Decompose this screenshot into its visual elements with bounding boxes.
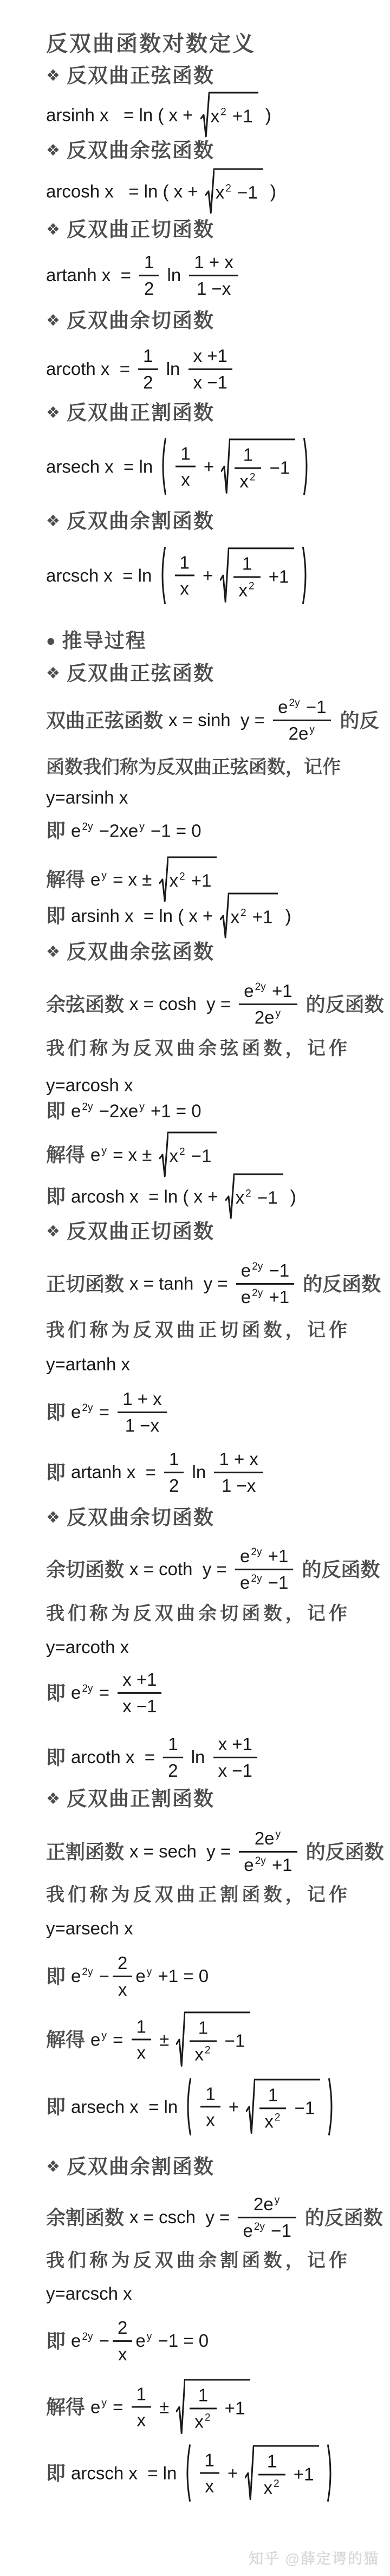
diamond-bullet-icon: ❖ — [46, 1510, 60, 1525]
chinese-run: 余切函数 — [46, 1557, 129, 1581]
math-run: arsech x = ln — [46, 456, 158, 477]
math-run: + — [198, 565, 218, 586]
power-term: x2 — [170, 1145, 186, 1167]
math-run: x −1 — [193, 372, 227, 393]
superscript: 2y — [289, 697, 300, 709]
formula-line: artanh x = 12 ln 1 + x1 −x — [46, 250, 242, 301]
math-run: ± — [154, 2029, 174, 2050]
math-run: −2x — [94, 820, 128, 842]
formula-line: 即 arcosh x = ln ( x + x2 −1 ) — [46, 1174, 296, 1220]
superscript: 2 — [240, 908, 246, 919]
fraction-numerator: 1 — [237, 551, 257, 576]
math-run: −1 — [266, 2220, 291, 2242]
fraction: 1x2 — [190, 2383, 216, 2433]
math-run: x — [136, 2410, 146, 2431]
math-run: 1 — [243, 444, 253, 465]
math-run: 2 — [144, 278, 154, 300]
section-header: ❖反双曲余弦函数 — [46, 940, 214, 964]
math-run: = x ± — [108, 1144, 157, 1166]
superscript: 2y — [82, 1683, 93, 1694]
math-run: −1 — [264, 1260, 289, 1281]
superscript: 2 — [179, 1147, 185, 1158]
superscript: 2y — [82, 821, 93, 832]
math-run: x −1 — [122, 1695, 157, 1717]
math-run: x −1 — [218, 1760, 252, 1782]
math-run: +1 — [267, 980, 292, 1002]
fraction-denominator: 1 −x — [217, 1473, 261, 1498]
section-header: ●推导过程 — [46, 629, 147, 653]
superscript: 2 — [274, 2478, 279, 2489]
fraction: 2eye2y +1 — [239, 1826, 297, 1877]
math-run: y=arcoth x — [46, 1636, 129, 1658]
diamond-bullet-icon: ❖ — [46, 513, 60, 529]
fraction-numerator: 1 — [163, 1732, 183, 1757]
fraction-denominator: x2 — [190, 2409, 216, 2434]
superscript: 2y — [82, 1402, 93, 1414]
superscript: y — [101, 870, 107, 881]
sqrt-expression: x2 −1 — [159, 1132, 217, 1178]
fraction-numerator: 1 — [132, 2014, 151, 2039]
paragraph: 函数我们称为反双曲正弦函数，记作 — [46, 755, 347, 779]
math-run: arsech x = ln — [71, 2096, 183, 2118]
section-header-text: 反双曲余割函数 — [67, 509, 214, 533]
formula-line: 正切函数 x = tanh y = e2y −1e2y +1 的反函数 — [46, 1258, 381, 1309]
fraction: 2eye2y −1 — [238, 2192, 296, 2243]
power-term: ey — [263, 2193, 281, 2215]
power-term: e2y — [71, 1965, 94, 1987]
sqrt-expression: x2 +1 — [220, 893, 278, 939]
math-run: +1 — [227, 106, 253, 127]
math-run: 1 — [242, 553, 252, 574]
fraction-denominator: x — [176, 468, 195, 493]
superscript: 2 — [220, 107, 226, 118]
power-term: x2 — [194, 2043, 211, 2065]
formula-line: arsinh x = ln ( x + x2 +1 ) — [46, 92, 271, 138]
power-term: ey — [90, 2396, 108, 2418]
right-paren-icon — [327, 2077, 335, 2135]
section-header-text: 反双曲余割函数 — [67, 2155, 214, 2179]
math-run: 2 — [255, 1828, 264, 1849]
left-paren-icon — [184, 2444, 192, 2502]
fraction: 1x — [175, 550, 194, 601]
formula-line: 即 arcoth x = 12 ln x +1x −1 — [46, 1732, 261, 1783]
math-run: 1 — [143, 345, 153, 367]
formula-line: 解得 ey = x ± x2 −1 — [46, 1132, 219, 1178]
section-header: ❖反双曲正割函数 — [46, 1787, 214, 1811]
section-header-text: 反双曲正割函数 — [67, 401, 214, 425]
math-run: 1 −x — [197, 278, 231, 300]
power-term: e2y — [240, 1572, 263, 1594]
math-run: 1 — [168, 1733, 178, 1755]
fraction-numerator: 1 — [175, 550, 194, 575]
fraction-numerator: e2y +1 — [239, 979, 297, 1004]
math-run: x — [118, 2344, 127, 2365]
math-run: − — [94, 2330, 109, 2352]
sqrt-body: x2 +1 — [209, 92, 258, 138]
power-term: ey — [90, 869, 108, 890]
diamond-bullet-icon: ❖ — [46, 143, 60, 158]
paragraph: 我们称为反双曲正切函数，记作 — [46, 1318, 347, 1342]
fraction-numerator: x +1 — [118, 1667, 161, 1692]
power-term: x2 — [216, 182, 232, 204]
math-run: ln — [162, 264, 186, 286]
fraction-denominator: x — [201, 2108, 220, 2133]
power-term: e2y — [240, 1545, 263, 1567]
fraction-denominator: x2 — [190, 2042, 216, 2067]
sqrt-expression: 1x2 −1 — [246, 2079, 320, 2134]
section-header: ❖反双曲正弦函数 — [46, 64, 214, 88]
math-run: +1 — [248, 907, 273, 928]
fraction-numerator: 1 — [263, 2082, 283, 2107]
formula-line: 即 e2y −2xey −1 = 0 — [46, 2315, 209, 2366]
math-run: = — [108, 2396, 128, 2418]
section-header-text: 反双曲余切函数 — [67, 1506, 214, 1530]
section-header: ❖反双曲余弦函数 — [46, 139, 214, 163]
sqrt-body: 1x2 −1 — [229, 438, 295, 494]
section-header-text: 反双曲余切函数 — [67, 309, 214, 333]
power-term: x2 — [236, 1187, 252, 1209]
superscript: 2y — [255, 981, 266, 993]
math-run: x — [136, 2042, 146, 2064]
chinese-run: 解得 — [46, 2028, 90, 2051]
fraction: 1x2 — [233, 551, 260, 602]
fraction: 1x2 — [190, 2015, 216, 2066]
fraction-denominator: x2 — [259, 2109, 286, 2134]
math-run: −1 — [264, 457, 290, 479]
sqrt-expression: 1x2 −1 — [176, 2011, 250, 2067]
math-run: ln — [161, 358, 185, 380]
chinese-run: 即 — [46, 2329, 71, 2352]
paren-body: 1x + 1x2 −1 — [193, 2077, 327, 2135]
math-run: +1 — [264, 566, 289, 588]
math-run: 1 — [136, 2016, 146, 2037]
fraction-numerator: 1 — [139, 250, 159, 275]
superscript: y — [276, 1008, 281, 1019]
chinese-run: 即 — [46, 2461, 71, 2484]
formula-line: arsech x = ln 1x + 1x2 −1 — [46, 437, 312, 495]
fraction-denominator: x2 — [233, 578, 260, 603]
superscript: 2 — [179, 871, 185, 883]
math-run: 2 — [143, 372, 153, 393]
watermark: 知乎 @薛定谔的猫 — [249, 2547, 379, 2568]
math-run: = — [94, 1682, 115, 1704]
sqrt-expression: x2 −1 — [205, 169, 263, 215]
chinese-run: 的反 — [334, 708, 379, 732]
math-run: x — [181, 469, 190, 491]
chinese-run: 即 — [46, 819, 71, 842]
superscript: 2 — [245, 1188, 251, 1200]
math-run: +1 — [220, 2398, 245, 2419]
math-run: = — [108, 2029, 128, 2050]
power-term: e2y — [71, 820, 94, 842]
fraction: 1x — [200, 2448, 219, 2499]
chinese-run: 的反函数 — [296, 1557, 380, 1581]
math-run: 1 −x — [222, 1475, 256, 1497]
left-paren-icon — [159, 546, 167, 604]
chinese-run: 即 — [46, 1964, 71, 1988]
fraction-denominator: 1 −x — [120, 1413, 164, 1438]
sqrt-body: x2 −1 — [233, 1174, 283, 1220]
math-run: +1 — [264, 1286, 289, 1308]
math-run: x = sech y = — [129, 1841, 236, 1862]
fraction-numerator: e2y −1 — [236, 1258, 294, 1283]
power-term: ey — [90, 2029, 108, 2050]
power-term: ey — [135, 2330, 153, 2352]
section-header: ❖反双曲余割函数 — [46, 509, 214, 533]
fraction-denominator: x −1 — [188, 370, 232, 395]
fraction-numerator: x +1 — [213, 1732, 257, 1757]
parenthesized-expression: 1x + 1x2 −1 — [160, 437, 310, 495]
math-run: 1 — [180, 443, 190, 464]
math-run: −1 = 0 — [153, 2330, 209, 2352]
fraction-numerator: x +1 — [188, 344, 232, 368]
section-header: ❖反双曲正弦函数 — [46, 662, 214, 685]
power-term: e2y — [71, 1682, 94, 1704]
chinese-run: 即 — [46, 1400, 71, 1423]
fraction-numerator: 2 — [113, 2315, 132, 2340]
superscript: y — [139, 821, 145, 832]
math-run: −1 — [220, 2030, 245, 2052]
diamond-bullet-icon: ❖ — [46, 665, 60, 681]
fraction: x +1x −1 — [118, 1667, 161, 1718]
math-run: + — [223, 2462, 243, 2484]
chinese-run: 的反函数 — [297, 1272, 381, 1295]
formula-line: 正割函数 x = sech y = 2eye2y +1 的反函数 — [46, 1826, 384, 1877]
superscript: 2y — [252, 1261, 263, 1272]
power-term: ey — [90, 1144, 108, 1166]
math-run: x = tanh y = — [129, 1273, 233, 1295]
fraction: 1x — [132, 2381, 151, 2432]
superscript: y — [139, 1101, 145, 1112]
fraction-denominator: 2 — [164, 1473, 184, 1498]
power-term: e2y — [278, 696, 301, 718]
chinese-run: 即 — [46, 1099, 71, 1122]
right-paren-icon — [301, 546, 309, 604]
fraction: 1x2 — [258, 2449, 285, 2500]
superscript: 2y — [82, 1966, 93, 1978]
power-term: e2y — [71, 1401, 94, 1423]
math-run: −1 — [263, 1572, 289, 1594]
math-run: +1 = 0 — [146, 1100, 201, 1122]
fraction-denominator: x −1 — [118, 1694, 161, 1719]
fraction-denominator: 2 — [138, 370, 158, 395]
fraction-numerator: 1 — [132, 2381, 151, 2406]
fraction-denominator: x — [200, 2474, 219, 2499]
chinese-run: 余割函数 — [46, 2205, 129, 2229]
math-run: 1 — [144, 251, 154, 273]
math-run: ± — [154, 2396, 174, 2418]
formula-line: 解得 ey = 1x ± 1x2 −1 — [46, 2011, 252, 2067]
power-term: ey — [128, 820, 146, 842]
paren-body: 1x + 1x2 −1 — [168, 437, 302, 495]
section-header-text: 推导过程 — [62, 629, 147, 653]
power-term: x2 — [239, 470, 256, 492]
fraction-denominator: e2y −1 — [238, 2218, 296, 2243]
sqrt-body: 1x2 +1 — [253, 2445, 319, 2501]
chinese-run: 正割函数 — [46, 1840, 129, 1863]
superscript: 2 — [205, 2412, 211, 2423]
superscript: 2y — [82, 2331, 93, 2342]
chinese-run: 的反函数 — [301, 992, 384, 1015]
fraction-denominator: 1 −x — [192, 276, 236, 301]
fraction: e2y +1e2y −1 — [235, 1544, 293, 1595]
math-run: x +1 — [218, 1733, 252, 1755]
right-paren-icon — [326, 2444, 334, 2502]
formula-line: y=artanh x — [46, 1354, 130, 1375]
chinese-run: 解得 — [46, 1143, 90, 1166]
parenthesized-expression: 1x + 1x2 +1 — [184, 2444, 334, 2502]
diamond-bullet-icon: ❖ — [46, 944, 60, 960]
paren-body: 1x + 1x2 +1 — [192, 2444, 326, 2502]
article-page: 反双曲函数对数定义❖反双曲正弦函数arsinh x = ln ( x + x2 … — [0, 0, 390, 2576]
diamond-bullet-icon: ❖ — [46, 1224, 60, 1239]
chinese-run: 即 — [46, 2095, 71, 2118]
fraction: 1x — [200, 2081, 220, 2132]
formula-line: 即 e2y −2xey +1 = 0 — [46, 1951, 209, 2002]
math-run: y=arcsch x — [46, 2283, 132, 2305]
fraction: 1 + x1 −x — [189, 250, 238, 301]
fraction-denominator: 2 — [139, 276, 159, 301]
math-run: x — [118, 1979, 127, 2001]
math-run: − — [94, 1965, 109, 1987]
math-run: 2 — [255, 1007, 264, 1028]
fraction: 12 — [138, 344, 158, 394]
formula-line: 余弦函数 x = cosh y = e2y +12ey 的反函数 — [46, 979, 384, 1030]
diamond-bullet-icon: ❖ — [46, 405, 60, 420]
power-term: ey — [264, 1828, 282, 1849]
paren-body: 1x + 1x2 +1 — [167, 546, 301, 604]
formula-line: y=arcosh x — [46, 1075, 133, 1096]
superscript: y — [147, 2331, 152, 2342]
diamond-bullet-icon: ❖ — [46, 313, 60, 328]
fraction-denominator: e2y +1 — [239, 1853, 297, 1878]
math-run: ) — [261, 104, 271, 126]
math-run: + — [199, 456, 219, 477]
power-term: ey — [128, 1100, 146, 1122]
section-header-text: 反双曲余弦函数 — [67, 139, 214, 163]
section-header: ❖反双曲余切函数 — [46, 1506, 214, 1530]
power-term: x2 — [263, 2477, 280, 2499]
math-run: 1 — [180, 552, 190, 573]
fraction: x +1x −1 — [213, 1732, 257, 1783]
sqrt-body: 1x2 +1 — [184, 2379, 250, 2435]
right-paren-icon — [302, 437, 310, 495]
math-run: −1 — [289, 2098, 315, 2119]
superscript: y — [101, 2030, 107, 2041]
sqrt-expression: x2 +1 — [200, 92, 258, 138]
superscript: 2 — [250, 471, 256, 483]
fraction-denominator: 2ey — [250, 1005, 287, 1030]
power-term: x2 — [238, 579, 255, 601]
chinese-run: 余弦函数 — [46, 992, 129, 1015]
math-run: arsinh x = ln ( x + — [46, 104, 198, 126]
fraction: 1 + x1 −x — [214, 1447, 263, 1498]
fraction-numerator: 1 — [193, 2383, 213, 2407]
formula-line: 余割函数 x = csch y = 2eye2y −1 的反函数 — [46, 2192, 383, 2243]
fraction: 1x2 — [259, 2082, 286, 2133]
fraction-denominator: x2 — [258, 2475, 285, 2500]
chinese-run: 即 — [46, 1185, 71, 1208]
formula-line: 即 arcsch x = ln 1x + 1x2 +1 — [46, 2444, 336, 2502]
fraction-numerator: 1 — [238, 442, 258, 467]
fraction-denominator: e2y −1 — [235, 1570, 293, 1595]
math-run: −1 — [232, 182, 258, 204]
superscript: 2y — [255, 1855, 266, 1867]
superscript: y — [101, 1145, 107, 1156]
math-run: y=arcosh x — [46, 1075, 133, 1096]
math-run: −1 — [186, 1145, 212, 1167]
section-header: ❖反双曲余割函数 — [46, 2155, 214, 2179]
power-term: x2 — [194, 2411, 211, 2432]
math-run: y=arsech x — [46, 1918, 133, 1939]
math-run: 1 — [169, 1448, 179, 1470]
sqrt-expression: x2 −1 — [225, 1174, 283, 1220]
math-run: +1 — [263, 1545, 289, 1567]
math-run: ) — [285, 1186, 296, 1207]
math-run: +1 — [186, 870, 212, 892]
math-run: −1 = 0 — [146, 820, 201, 842]
formula-line: 余切函数 x = coth y = e2y +1e2y −1 的反函数 — [46, 1544, 380, 1595]
math-run: x +1 — [122, 1669, 157, 1691]
fraction: 1x — [175, 441, 195, 492]
section-header: ❖反双曲正割函数 — [46, 401, 214, 425]
superscript: 2y — [251, 1546, 262, 1558]
section-header-text: 反双曲正切函数 — [67, 1220, 214, 1244]
chinese-run: 解得 — [46, 2395, 90, 2418]
math-run: −1 — [301, 696, 327, 718]
fraction-numerator: 1 — [138, 344, 158, 368]
section-header-text: 反双曲正弦函数 — [67, 662, 214, 685]
fraction: 12 — [163, 1732, 183, 1783]
sqrt-body: 1x2 −1 — [254, 2079, 320, 2134]
fraction-numerator: e2y −1 — [273, 695, 331, 720]
paragraph: 我们称为反双曲余割函数，记作 — [46, 2249, 347, 2273]
section-header: ❖反双曲正切函数 — [46, 1220, 214, 1244]
superscript: 2 — [275, 2112, 281, 2123]
power-term: e2y — [241, 1286, 264, 1308]
section-header-text: 反双曲余弦函数 — [67, 940, 214, 964]
circle-bullet-icon: ● — [46, 633, 56, 649]
power-term: e2y — [71, 2330, 94, 2352]
power-term: ey — [264, 1007, 282, 1028]
math-run: artanh x = — [46, 264, 136, 286]
superscript: y — [147, 1966, 152, 1978]
fraction-numerator: 1 + x — [118, 1387, 166, 1412]
sqrt-body: 1x2 −1 — [184, 2011, 250, 2067]
math-run: 2 — [169, 1475, 179, 1497]
math-run: 1 — [268, 2084, 278, 2106]
math-run: 2 — [289, 723, 298, 745]
power-term: e2y — [244, 1854, 267, 1876]
power-term: e2y — [241, 1260, 264, 1281]
formula-line: 即 e2y = 1 + x1 −x — [46, 1387, 170, 1438]
sqrt-expression: 1x2 +1 — [176, 2379, 250, 2435]
section-header-text: 反双曲正割函数 — [67, 1787, 214, 1811]
fraction: e2y −12ey — [273, 695, 331, 746]
fraction-numerator: 2ey — [250, 1826, 287, 1851]
fraction-numerator: 1 — [200, 2448, 219, 2473]
formula-line: 解得 ey = 1x ± 1x2 +1 — [46, 2379, 252, 2435]
left-paren-icon — [185, 2077, 193, 2135]
chinese-run: 双曲正弦函数 — [46, 708, 168, 732]
fraction-numerator: 1 — [193, 2015, 213, 2040]
power-term: x2 — [170, 870, 186, 892]
parenthesized-expression: 1x + 1x2 +1 — [159, 546, 309, 604]
diamond-bullet-icon: ❖ — [46, 2159, 60, 2174]
sqrt-expression: 1x2 +1 — [220, 547, 294, 603]
sqrt-expression: 1x2 +1 — [245, 2445, 319, 2501]
math-run: 1 — [136, 2383, 146, 2405]
